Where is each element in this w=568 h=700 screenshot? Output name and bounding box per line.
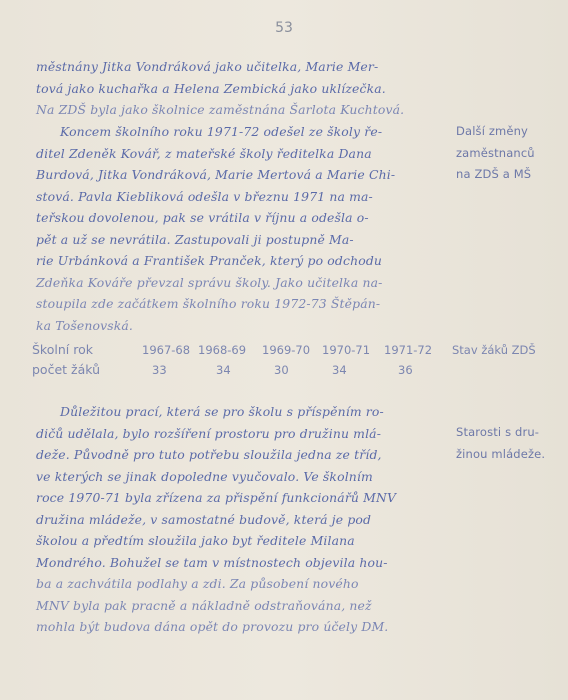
text-line: teřskou dovolenou, pak se vrátila v říjn… <box>36 207 436 229</box>
paragraph-staff-changes: Koncem školního roku 1971-72 odešel ze š… <box>36 121 436 336</box>
year-cell: 1970-71 <box>322 340 370 360</box>
notebook-page: 53 městnány Jitka Vondráková jako učitel… <box>0 0 568 700</box>
paragraph-youth-club: Důležitou prací, která se pro školu s př… <box>36 401 436 638</box>
text-line: školou a předtím sloužila jako byt ředit… <box>36 530 436 552</box>
text-line: městnány Jitka Vondráková jako učitelka,… <box>36 56 436 78</box>
text-line: mohla být budova dána opět do provozu pr… <box>36 616 436 638</box>
count-cell: 30 <box>274 360 289 380</box>
text-line: stová. Pavla Kiebliková odešla v březnu … <box>36 186 436 208</box>
table-margin-note: Stav žáků ZDŠ <box>452 340 536 360</box>
year-cell: 1967-68 <box>142 340 190 360</box>
margin-note-line: žinou mládeže. <box>456 444 566 466</box>
text-line: družina mládeže, v samostatné budově, kt… <box>36 509 436 531</box>
margin-note-staff-changes: Další změny zaměstnanců na ZDŠ a MŠ <box>456 121 566 186</box>
text-line: roce 1970-71 byla zřízena za přispění fu… <box>36 487 436 509</box>
row-header-pupil-count: počet žáků <box>32 360 100 380</box>
margin-note-line: Starosti s dru- <box>456 422 566 444</box>
text-line: rie Urbánková a František Pranček, který… <box>36 250 436 272</box>
margin-note-line: Další změny <box>456 121 566 143</box>
table-row-years: Školní rok 1967-68 1968-69 1969-70 1970-… <box>32 340 568 360</box>
count-cell: 34 <box>332 360 347 380</box>
row-header-school-year: Školní rok <box>32 340 93 360</box>
paragraph-staff-continued: městnány Jitka Vondráková jako učitelka,… <box>36 56 436 121</box>
table-row-counts: počet žáků 33 34 30 34 36 <box>32 360 568 380</box>
text-line: dičů udělala, bylo rozšíření prostoru pr… <box>36 423 436 445</box>
text-line: Koncem školního roku 1971-72 odešel ze š… <box>36 121 436 143</box>
page-number: 53 <box>0 20 568 36</box>
text-line: ve kterých se jinak dopoledne vyučovalo.… <box>36 466 436 488</box>
text-line: ka Tošenovská. <box>36 315 436 337</box>
text-line: stoupila zde začátkem školního roku 1972… <box>36 293 436 315</box>
margin-note-line: na ZDŠ a MŠ <box>456 164 566 186</box>
text-line: deže. Původně pro tuto potřebu sloužila … <box>36 444 436 466</box>
text-line: Důležitou prací, která se pro školu s př… <box>36 401 436 423</box>
year-cell: 1971-72 <box>384 340 432 360</box>
count-cell: 36 <box>398 360 413 380</box>
enrollment-table: Školní rok 1967-68 1968-69 1969-70 1970-… <box>32 340 568 380</box>
year-cell: 1969-70 <box>262 340 310 360</box>
year-cell: 1968-69 <box>198 340 246 360</box>
text-line: Burdová, Jitka Vondráková, Marie Mertová… <box>36 164 436 186</box>
count-cell: 34 <box>216 360 231 380</box>
text-line: tová jako kuchařka a Helena Zembická jak… <box>36 78 436 100</box>
margin-note-line: zaměstnanců <box>456 143 566 165</box>
text-line: Zdeňka Kováře převzal správu školy. Jako… <box>36 272 436 294</box>
text-line: ba a zachvátila podlahy a zdi. Za působe… <box>36 573 436 595</box>
text-line: Mondrého. Bohužel se tam v místnostech o… <box>36 552 436 574</box>
text-line: pět a už se nevrátila. Zastupovali ji po… <box>36 229 436 251</box>
text-line: MNV byla pak pracně a nákladně odstraňov… <box>36 595 436 617</box>
text-line: Na ZDŠ byla jako školnice zaměstnána Šar… <box>36 99 436 121</box>
margin-note-youth-club: Starosti s dru- žinou mládeže. <box>456 422 566 465</box>
text-line: ditel Zdeněk Kovář, z mateřské školy řed… <box>36 143 436 165</box>
count-cell: 33 <box>152 360 167 380</box>
